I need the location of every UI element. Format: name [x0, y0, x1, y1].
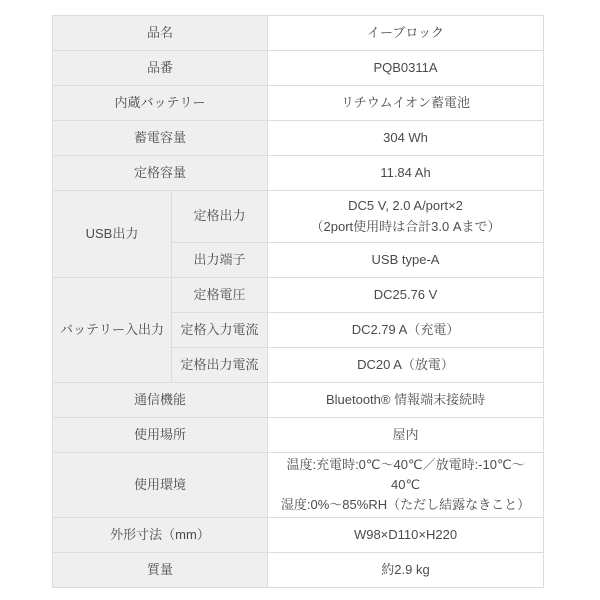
row-value: 約2.9 kg — [268, 553, 544, 588]
row-value: リチウムイオン蓄電池 — [268, 86, 544, 121]
row-value: DC2.79 A（充電） — [268, 313, 544, 348]
table-row: 定格容量 11.84 Ah — [53, 156, 544, 191]
row-value: 屋内 — [268, 418, 544, 453]
row-value: PQB0311A — [268, 51, 544, 86]
row-label: 通信機能 — [53, 383, 268, 418]
row-value: 温度:充電時:0℃～40℃／放電時:-10℃～40℃ 湿度:0%～85%RH（た… — [268, 453, 544, 518]
row-label: 外形寸法（mm） — [53, 518, 268, 553]
row-sublabel: 定格入力電流 — [172, 313, 268, 348]
row-value-line: DC5 V, 2.0 A/port×2 — [274, 196, 537, 216]
table-row: 品名 イーブロック — [53, 16, 544, 51]
row-value: DC20 A（放電） — [268, 348, 544, 383]
row-group-label: USB出力 — [53, 191, 172, 278]
row-value-line: （2port使用時は合計3.0 Aまで） — [274, 217, 537, 237]
row-value-line: 湿度:0%～85%RH（ただし結露なきこと） — [274, 495, 537, 515]
row-label: 内蔵バッテリー — [53, 86, 268, 121]
row-label: 蓄電容量 — [53, 121, 268, 156]
table-row: 蓄電容量 304 Wh — [53, 121, 544, 156]
table-row: 使用場所 屋内 — [53, 418, 544, 453]
row-label: 使用場所 — [53, 418, 268, 453]
row-value: 304 Wh — [268, 121, 544, 156]
row-value-line: 温度:充電時:0℃～40℃／放電時:-10℃～40℃ — [274, 455, 537, 495]
table-row: 通信機能 Bluetooth® 情報端末接続時 — [53, 383, 544, 418]
row-sublabel: 定格出力 — [172, 191, 268, 243]
table-row: USB出力 定格出力 DC5 V, 2.0 A/port×2 （2port使用時… — [53, 191, 544, 243]
row-label: 品番 — [53, 51, 268, 86]
row-sublabel: 定格出力電流 — [172, 348, 268, 383]
row-value: W98×D110×H220 — [268, 518, 544, 553]
row-group-label: バッテリー入出力 — [53, 278, 172, 383]
table-row: 内蔵バッテリー リチウムイオン蓄電池 — [53, 86, 544, 121]
table-row: 品番 PQB0311A — [53, 51, 544, 86]
row-value: Bluetooth® 情報端末接続時 — [268, 383, 544, 418]
row-label: 品名 — [53, 16, 268, 51]
table-row: 使用環境 温度:充電時:0℃～40℃／放電時:-10℃～40℃ 湿度:0%～85… — [53, 453, 544, 518]
row-label: 使用環境 — [53, 453, 268, 518]
row-value: DC5 V, 2.0 A/port×2 （2port使用時は合計3.0 Aまで） — [268, 191, 544, 243]
row-value: イーブロック — [268, 16, 544, 51]
row-value: 11.84 Ah — [268, 156, 544, 191]
spec-table: 品名 イーブロック 品番 PQB0311A 内蔵バッテリー リチウムイオン蓄電池… — [52, 15, 544, 588]
row-label: 質量 — [53, 553, 268, 588]
row-sublabel: 出力端子 — [172, 243, 268, 278]
row-value: DC25.76 V — [268, 278, 544, 313]
table-row: バッテリー入出力 定格電圧 DC25.76 V — [53, 278, 544, 313]
row-value: USB type-A — [268, 243, 544, 278]
table-row: 外形寸法（mm） W98×D110×H220 — [53, 518, 544, 553]
row-label: 定格容量 — [53, 156, 268, 191]
table-row: 質量 約2.9 kg — [53, 553, 544, 588]
row-sublabel: 定格電圧 — [172, 278, 268, 313]
